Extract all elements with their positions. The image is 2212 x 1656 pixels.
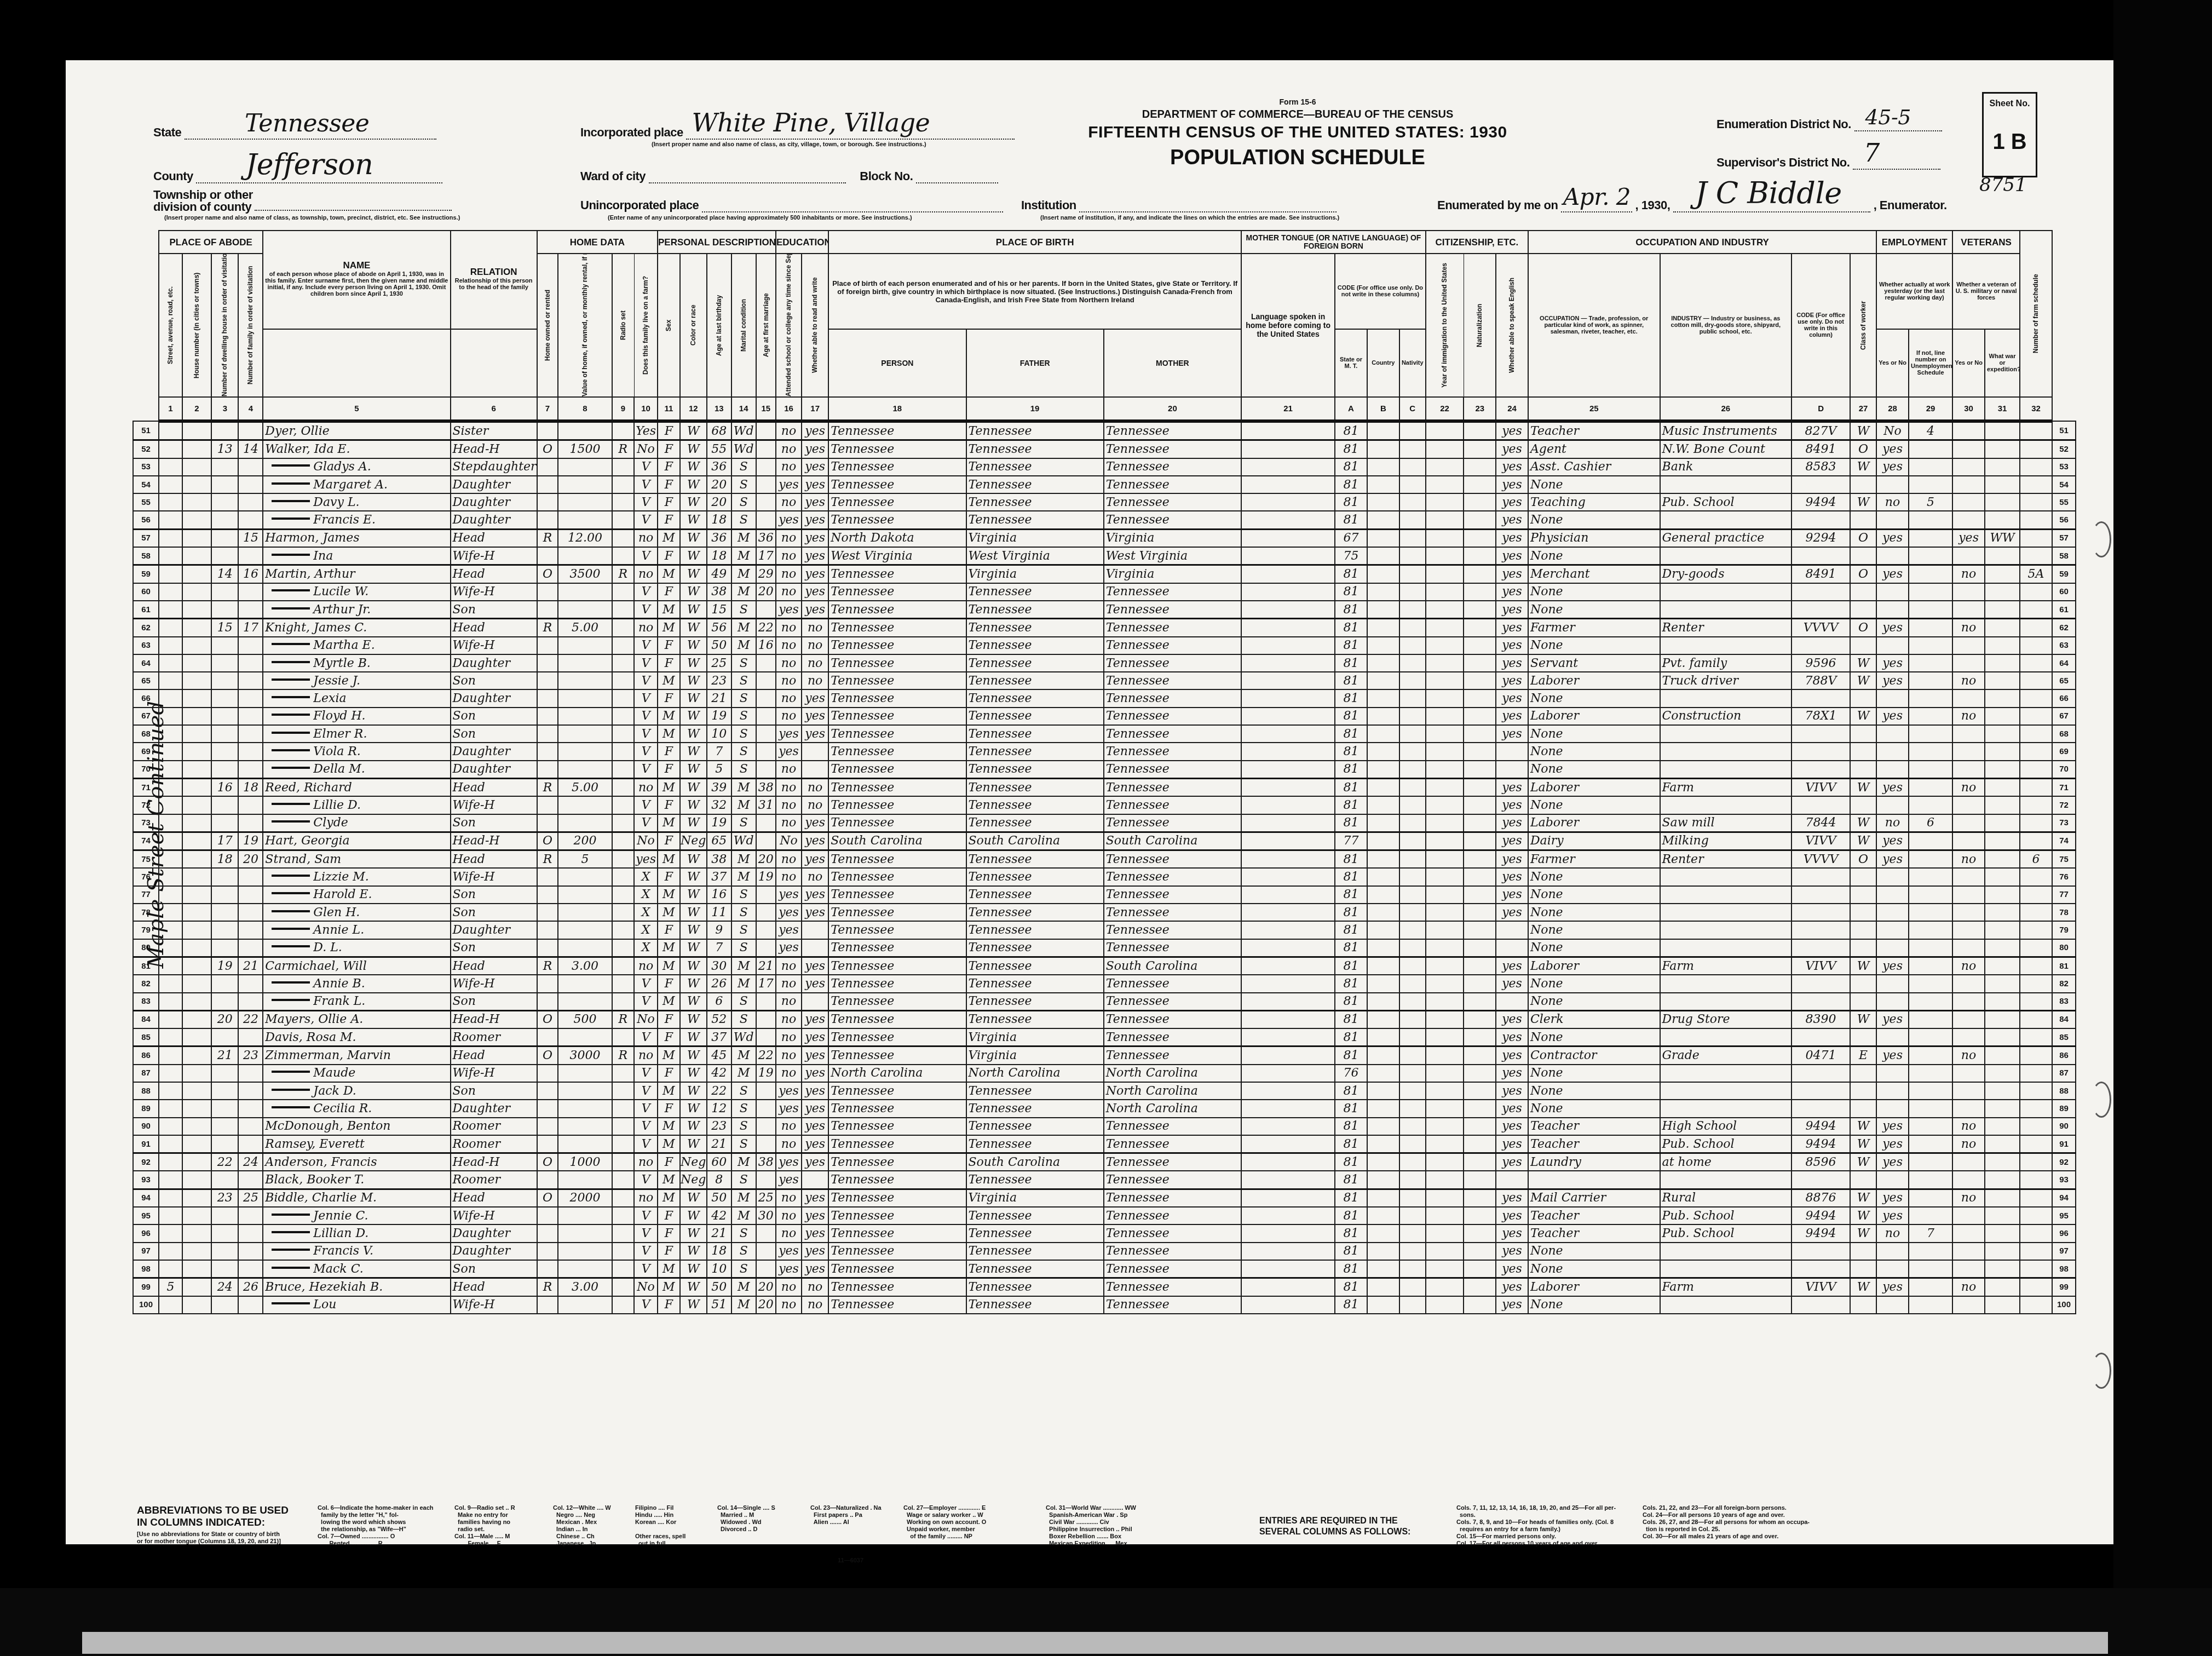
age-cell: 7 [707,743,731,760]
birthplace-person-cell: Tennessee [828,761,966,779]
farm-schedule-cell [2020,725,2052,743]
marital-cell: S [731,814,756,832]
person-name: Jack D. [313,1084,356,1098]
speak-english-cell: yes [1496,725,1528,743]
radio-cell [612,796,635,814]
farm-cell: V [634,725,658,743]
person-name: Annie B. [313,977,365,991]
home-value-cell [558,672,612,689]
code-a-cell: 81 [1335,1278,1367,1296]
marital-cell: S [731,1224,756,1242]
farm-cell: no [634,1046,658,1065]
name-cell: Lucile W. [263,583,450,601]
occupation-code-cell [1792,1100,1850,1117]
name-cell: Annie L. [263,921,450,939]
farm-cell: No [634,832,658,850]
column-number: 21 [1241,397,1335,421]
line-number: 69 [133,743,159,760]
sex-cell: F [658,458,680,476]
dwelling-number-cell [211,1224,238,1242]
table-row: 65Jessie J.SonVMW23SnonoTennesseeTenness… [133,672,2076,689]
birthplace-person-cell: Tennessee [828,493,966,511]
relation-cell: Daughter [451,476,537,493]
column-number: 27 [1850,397,1876,421]
name-cell: Floyd H. [263,708,450,725]
column-number: 18 [828,397,966,421]
family-number-cell: 23 [238,1046,263,1065]
radio-cell [612,1278,635,1296]
code-c-cell [1399,796,1426,814]
family-number-cell [238,689,263,707]
code-c-cell [1399,1135,1426,1153]
table-row: 64Myrtle B.DaughterVFW25SnonoTennesseeTe… [133,654,2076,672]
speak-english-cell: yes [1496,601,1528,619]
at-work-cell [1876,939,1909,957]
race-cell: W [680,868,707,886]
code-c-cell [1399,725,1426,743]
class-of-worker-cell: W [1850,1135,1876,1153]
home-value-cell [558,886,612,904]
table-row: 942325Biddle, Charlie M.HeadO2000noMW50M… [133,1189,2076,1207]
name-cell: Cecilia R. [263,1100,450,1117]
read-write-cell: yes [802,1046,828,1065]
street-cell [159,1207,182,1224]
sex-cell: M [658,993,680,1011]
code-a-cell: 81 [1335,689,1367,707]
birthplace-mother-cell: Tennessee [1104,1118,1241,1135]
col-32-header: Number of farm schedule [2020,231,2052,397]
code-c-cell [1399,672,1426,689]
class-of-worker-cell: W [1850,1278,1876,1296]
war-cell [1985,778,2020,796]
radio-cell [612,637,635,654]
unemployment-line-cell [1909,511,1952,529]
class-of-worker-cell [1850,1065,1876,1082]
speak-english-cell: yes [1496,1207,1528,1224]
sex-cell: F [658,493,680,511]
col-d-header: CODE (For office use only. Do not write … [1792,254,1850,397]
marital-cell: M [731,957,756,975]
family-number-cell [238,601,263,619]
marital-cell: S [731,601,756,619]
table-row: 72Lillie D.Wife-HVFW32M31nonoTennesseeTe… [133,796,2076,814]
name-cell: Lexia [263,689,450,707]
age-cell: 60 [707,1153,731,1171]
home-tenure-cell [537,939,558,957]
race-cell: W [680,708,707,725]
marital-cell: S [731,1171,756,1189]
naturalization-cell [1464,440,1496,458]
language-cell [1241,1260,1335,1278]
sex-cell: F [658,654,680,672]
race-cell: W [680,637,707,654]
birthplace-mother-cell: Tennessee [1104,619,1241,637]
immigration-year-cell [1426,975,1464,992]
house-number-cell [182,1189,211,1207]
col6-abbrev: Col. 6—Indicate the home-maker in each f… [318,1505,434,1548]
dwelling-number-cell [211,1065,238,1082]
race-cell: W [680,1118,707,1135]
ditto-dash [272,732,310,734]
speak-english-cell: yes [1496,1278,1528,1296]
column-number: B [1367,397,1399,421]
naturalization-cell [1464,814,1496,832]
code-a-cell: 81 [1335,1243,1367,1260]
language-cell [1241,1189,1335,1207]
read-write-cell: yes [802,1224,828,1242]
group-veterans: VETERANS [1952,231,2020,254]
veteran-cell [1952,832,1985,850]
person-name: Davis, Rosa M. [265,1031,356,1044]
school-cell: no [776,1207,802,1224]
class-of-worker-cell [1850,1243,1876,1260]
farm-cell: no [634,565,658,583]
line-number-right: 87 [2052,1065,2076,1082]
col-29-header: If not, line number on Unemployment Sche… [1909,329,1952,397]
farm-schedule-cell [2020,796,2052,814]
school-cell: yes [776,511,802,529]
radio-cell [612,529,635,547]
occupation-code-cell [1792,993,1850,1011]
line-number: 87 [133,1065,159,1082]
line-number: 90 [133,1118,159,1135]
speak-english-cell: yes [1496,1296,1528,1314]
state-field: State Tennessee [153,123,436,140]
person-name: Walker, Ida E. [265,442,350,456]
birthplace-father-cell: Tennessee [966,708,1104,725]
immigration-year-cell [1426,778,1464,796]
farm-schedule-cell [2020,761,2052,779]
enumerated-field: Enumerated by me on Apr. 2 , 1930, J C B… [1437,196,1947,212]
veteran-cell [1952,939,1985,957]
veteran-cell [1952,1207,1985,1224]
birthplace-father-cell: Tennessee [966,654,1104,672]
read-write-cell: yes [802,1082,828,1100]
code-b-cell [1367,672,1399,689]
immigration-year-cell [1426,1296,1464,1314]
naturalization-cell [1464,1010,1496,1028]
at-work-cell: no [1876,814,1909,832]
home-tenure-cell [537,654,558,672]
house-number-cell [182,529,211,547]
immigration-year-cell [1426,1278,1464,1296]
marital-cell: S [731,1243,756,1260]
table-row: 85Davis, Rosa M.RoomerVFW37WdnoyesTennes… [133,1028,2076,1046]
naturalization-cell [1464,743,1496,760]
birthplace-person-cell: Tennessee [828,886,966,904]
street-cell [159,957,182,975]
age-first-marriage-cell [756,421,776,440]
occupation-cell: None [1528,583,1660,601]
immigration-year-cell [1426,708,1464,725]
street-cell [159,547,182,565]
table-row: 51Dyer, OllieSisterYesFW68WdnoyesTenness… [133,421,2076,440]
person-name: Mack C. [313,1262,363,1276]
war-cell [1985,583,2020,601]
language-cell [1241,725,1335,743]
dwelling-number-cell [211,886,238,904]
war-cell [1985,993,2020,1011]
farm-cell: V [634,1135,658,1153]
code-a-cell: 81 [1335,637,1367,654]
house-number-cell [182,476,211,493]
birthplace-mother-cell: Virginia [1104,565,1241,583]
radio-cell [612,1224,635,1242]
radio-cell [612,1100,635,1117]
war-cell [1985,725,2020,743]
speak-english-cell [1496,743,1528,760]
birthplace-person-cell: Tennessee [828,708,966,725]
home-tenure-cell [537,921,558,939]
ditto-dash [272,945,310,947]
street-cell [159,778,182,796]
sex-cell: F [658,583,680,601]
home-value-cell [558,1118,612,1135]
line-number-right: 98 [2052,1260,2076,1278]
immigration-year-cell [1426,1028,1464,1046]
immigration-year-cell [1426,761,1464,779]
house-number-cell [182,1010,211,1028]
school-cell: yes [776,886,802,904]
class-of-worker-cell: W [1850,814,1876,832]
birthplace-person-cell: Tennessee [828,672,966,689]
class-of-worker-cell: O [1850,619,1876,637]
form-number: Form 15-6 [1024,97,1571,106]
birthplace-person-cell: Tennessee [828,796,966,814]
farm-cell: yes [634,850,658,869]
col12-abbrev: Col. 12—White .... W Negro .... Neg Mexi… [553,1505,611,1548]
home-tenure-cell [537,1082,558,1100]
marital-cell: S [731,689,756,707]
ditto-dash [272,910,310,912]
speak-english-cell: yes [1496,619,1528,637]
relation-cell: Wife-H [451,547,537,565]
relation-cell: Daughter [451,511,537,529]
age-cell: 8 [707,1171,731,1189]
code-c-cell [1399,440,1426,458]
speak-english-cell: yes [1496,1046,1528,1065]
line-number-right: 97 [2052,1243,2076,1260]
code-a-cell: 77 [1335,832,1367,850]
line-number: 88 [133,1082,159,1100]
marital-cell: S [731,1118,756,1135]
home-tenure-cell [537,511,558,529]
line-number: 64 [133,654,159,672]
school-cell: no [776,565,802,583]
immigration-year-cell [1426,1243,1464,1260]
code-b-cell [1367,1296,1399,1314]
birthplace-mother-cell: Tennessee [1104,1135,1241,1153]
unemployment-line-cell [1909,904,1952,921]
age-cell: 10 [707,1260,731,1278]
school-cell: yes [776,1171,802,1189]
person-name: Gladys A. [313,460,371,474]
birthplace-person-cell: Tennessee [828,1028,966,1046]
industry-cell: Farm [1660,778,1792,796]
dwelling-number-cell [211,814,238,832]
family-number-cell: 26 [238,1278,263,1296]
naturalization-cell [1464,1046,1496,1065]
entries-list-b: Cols. 21, 22, and 23—For all foreign-bor… [1643,1505,1810,1540]
immigration-year-cell [1426,458,1464,476]
birthplace-father-cell: Tennessee [966,493,1104,511]
relation-cell: Wife-H [451,796,537,814]
radio-cell [612,689,635,707]
street-cell [159,1010,182,1028]
age-cell: 45 [707,1046,731,1065]
war-cell [1985,672,2020,689]
birthplace-person-cell: Tennessee [828,921,966,939]
speak-english-cell: yes [1496,1135,1528,1153]
relation-cell: Daughter [451,689,537,707]
birthplace-mother-cell: Tennessee [1104,601,1241,619]
dwelling-number-cell [211,868,238,886]
naturalization-cell [1464,529,1496,547]
street-cell [159,708,182,725]
line-number: 83 [133,993,159,1011]
dwelling-number-cell [211,993,238,1011]
farm-cell: V [634,975,658,992]
group-education: EDUCATION [776,231,828,254]
speak-english-cell [1496,993,1528,1011]
code-c-cell [1399,1278,1426,1296]
col-14-header: Marital condition [731,254,756,397]
line-number-right: 89 [2052,1100,2076,1117]
school-cell: no [776,1046,802,1065]
unemployment-line-cell [1909,921,1952,939]
at-work-cell [1876,689,1909,707]
immigration-year-cell [1426,637,1464,654]
table-row: 91Ramsey, EverettRoomerVMW21SnoyesTennes… [133,1135,2076,1153]
col-27-header: Class of worker [1850,254,1876,397]
birthplace-person-cell: Tennessee [828,565,966,583]
occupation-code-cell [1792,476,1850,493]
birthplace-father-cell: Tennessee [966,850,1104,869]
sex-cell: M [658,708,680,725]
person-name: Reed, Richard [265,781,352,795]
speak-english-cell: yes [1496,421,1528,440]
birthplace-person-cell: Tennessee [828,440,966,458]
naturalization-cell [1464,796,1496,814]
person-name: Jennie C. [313,1209,368,1223]
street-cell [159,796,182,814]
birthplace-father-cell: Tennessee [966,814,1104,832]
farm-cell: V [634,583,658,601]
farm-schedule-cell [2020,511,2052,529]
birthplace-father-cell: Tennessee [966,1296,1104,1314]
school-cell: no [776,708,802,725]
relation-cell: Wife-H [451,637,537,654]
language-cell [1241,796,1335,814]
naturalization-cell [1464,886,1496,904]
table-row: 70Della M.DaughterVFW5SnoTennesseeTennes… [133,761,2076,779]
age-cell: 25 [707,654,731,672]
class-of-worker-cell: O [1850,565,1876,583]
birthplace-father-cell: South Carolina [966,832,1104,850]
birthplace-mother-cell: Tennessee [1104,850,1241,869]
col-4-header: Number of family in order of visitation [238,254,263,397]
immigration-year-cell [1426,1153,1464,1171]
marital-cell: M [731,778,756,796]
race-cell: W [680,440,707,458]
street-cell [159,1260,182,1278]
code-b-cell [1367,1135,1399,1153]
home-value-cell [558,939,612,957]
code-c-cell [1399,1028,1426,1046]
sex-cell: M [658,939,680,957]
code-b-cell [1367,1207,1399,1224]
home-value-cell: 5.00 [558,619,612,637]
township-field: Township or other division of county [153,189,263,213]
sex-cell: M [658,725,680,743]
birthplace-mother-cell: Tennessee [1104,761,1241,779]
code-b-cell [1367,458,1399,476]
name-cell: Jessie J. [263,672,450,689]
race-cell: W [680,1046,707,1065]
farm-cell: V [634,761,658,779]
war-cell [1985,476,2020,493]
read-write-cell: yes [802,1135,828,1153]
birthplace-person-cell: Tennessee [828,601,966,619]
read-write-cell: yes [802,565,828,583]
language-cell [1241,761,1335,779]
home-value-cell: 3000 [558,1046,612,1065]
line-number-right: 52 [2052,440,2076,458]
sex-cell: M [658,619,680,637]
occupation-code-cell: VIVV [1792,957,1850,975]
industry-cell [1660,511,1792,529]
occupation-code-cell [1792,511,1850,529]
col-7-header: Home owned or rented [537,254,558,397]
street-cell [159,1065,182,1082]
home-tenure-cell: O [537,1153,558,1171]
unemployment-line-cell [1909,957,1952,975]
home-value-cell [558,1028,612,1046]
sex-cell: F [658,689,680,707]
immigration-year-cell [1426,601,1464,619]
house-number-cell [182,440,211,458]
occupation-cell: None [1528,1296,1660,1314]
unemployment-line-cell [1909,761,1952,779]
name-cell: Jack D. [263,1082,450,1100]
birthplace-father-cell: Tennessee [966,458,1104,476]
immigration-year-cell [1426,440,1464,458]
immigration-year-cell [1426,583,1464,601]
language-cell [1241,743,1335,760]
age-first-marriage-cell [756,493,776,511]
school-cell: no [776,1028,802,1046]
at-work-cell: yes [1876,1278,1909,1296]
war-cell [1985,957,2020,975]
line-number: 81 [133,957,159,975]
home-value-cell: 12.00 [558,529,612,547]
language-cell [1241,672,1335,689]
class-of-worker-cell: W [1850,1118,1876,1135]
farm-cell: V [634,1171,658,1189]
code-b-cell [1367,975,1399,992]
home-value-cell [558,796,612,814]
farm-cell: V [634,672,658,689]
house-number-cell [182,1278,211,1296]
veteran-cell: no [1952,1135,1985,1153]
family-number-cell: 21 [238,957,263,975]
street-cell [159,1224,182,1242]
birthplace-mother-cell: Tennessee [1104,1153,1241,1171]
speak-english-cell: yes [1496,1189,1528,1207]
immigration-year-cell [1426,814,1464,832]
naturalization-cell [1464,1278,1496,1296]
table-row: 591416Martin, ArthurHeadO3500RnoMW49M29n… [133,565,2076,583]
